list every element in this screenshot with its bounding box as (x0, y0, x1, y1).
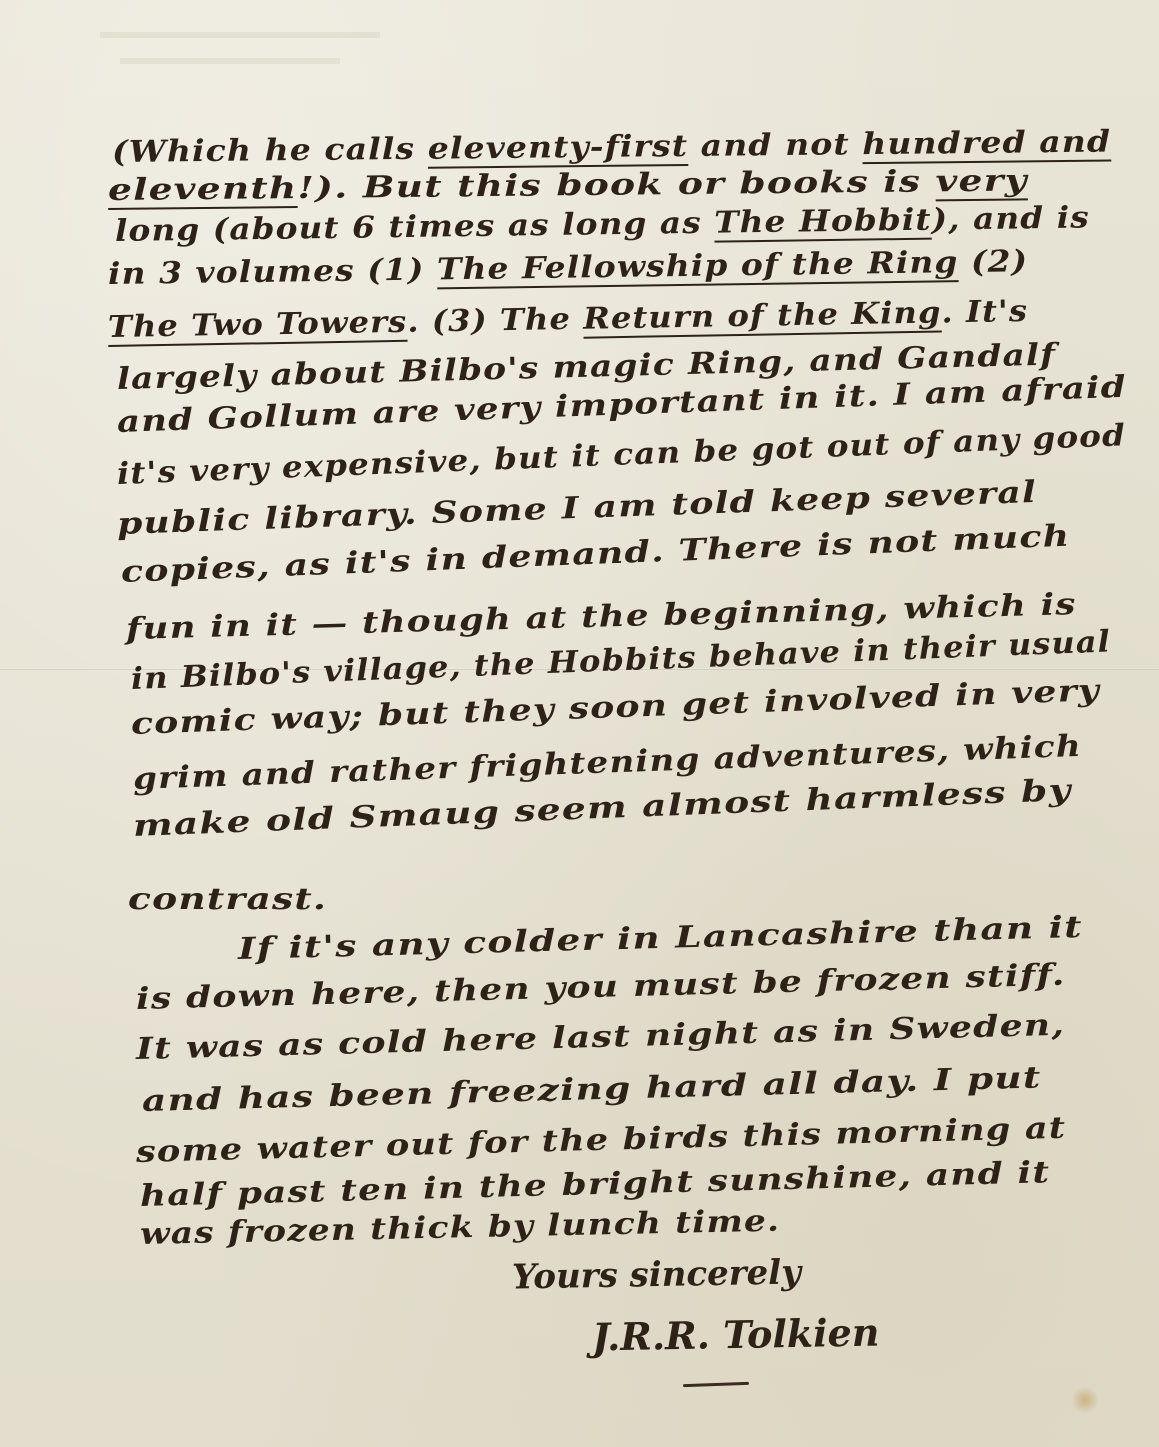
letter-line: eleventh!). But this book or books is ve… (108, 166, 1028, 206)
underlined-phrase: The Two Towers (108, 305, 408, 345)
letterhead-watermark (90, 10, 390, 80)
signature-underline (683, 1382, 749, 1387)
text-segment: !). But this book or books is (297, 164, 935, 206)
underlined-phrase: Return of the King (583, 295, 942, 336)
letter-page: (Which he calls eleventy-first and not h… (0, 0, 1159, 1447)
text-segment: in 3 volumes (1) (108, 252, 438, 292)
underlined-phrase: eleventh (108, 171, 298, 208)
signature: J.R.R. Tolkien (592, 1309, 880, 1359)
letter-line: was frozen thick by lunch time. (140, 1207, 781, 1250)
letter-line: The Two Towers. (3) The Return of the Ki… (108, 297, 1029, 343)
underlined-phrase: The Fellowship of the Ring (437, 245, 959, 287)
text-segment: long (about 6 times as long as (115, 206, 715, 249)
letter-line: contrast. (128, 885, 327, 915)
closing-salutation: Yours sincerely (512, 1252, 802, 1297)
underlined-phrase: eleventy-first (428, 129, 689, 167)
text-segment: . It's (941, 294, 1028, 331)
text-segment: and not (688, 127, 863, 164)
text-segment: contrast. (128, 882, 327, 917)
letter-line: is down here, then you must be frozen st… (136, 961, 1066, 1015)
text-segment: . (3) The (407, 302, 584, 340)
underlined-phrase: hundred and (862, 125, 1111, 163)
letter-line: long (about 6 times as long as The Hobbi… (115, 203, 1090, 247)
letter-line: (Which he calls eleventy-first and not h… (112, 128, 1111, 168)
letter-line: in 3 volumes (1) The Fellowship of the R… (108, 247, 1029, 290)
underlined-phrase: very (935, 163, 1028, 199)
text-segment: is down here, then you must be frozen st… (136, 958, 1066, 1017)
letter-line: It was as cold here last night as in Swe… (136, 1011, 1066, 1065)
text-segment: If it's any colder in Lancashire than it (238, 910, 1084, 967)
paper-stain (1072, 1385, 1098, 1415)
letter-line: If it's any colder in Lancashire than it (238, 913, 1084, 965)
text-segment: (2) (958, 244, 1028, 280)
text-segment: ), and is (931, 200, 1090, 237)
text-segment: It was as cold here last night as in Swe… (136, 1008, 1066, 1067)
text-segment: (Which he calls (112, 132, 428, 170)
letter-line: and has been freezing hard all day. I pu… (142, 1063, 1042, 1117)
text-segment: and has been freezing hard all day. I pu… (142, 1060, 1042, 1119)
underlined-phrase: The Hobbit (714, 203, 932, 241)
